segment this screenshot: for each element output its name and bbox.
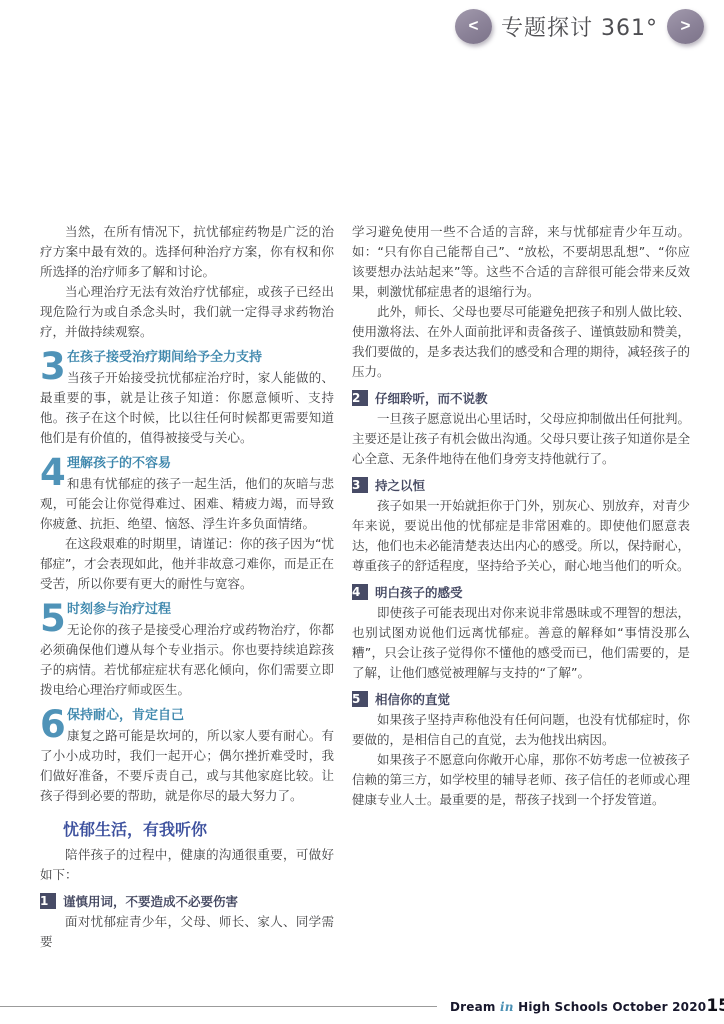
paragraph: 当心理治疗无法有效治疗忧郁症，或孩子已经出现危险行为或自杀念头时，我们就一定得寻… <box>40 282 334 342</box>
footer-rule <box>0 1006 437 1007</box>
tip-heading: 3持之以恒 <box>352 476 690 496</box>
section-title: 理解孩子的不容易 <box>40 454 334 474</box>
tip-item: 3持之以恒孩子如果一开始就拒你于门外，别灰心、别放弃，对青少年来说，要说出他的忧… <box>352 476 690 576</box>
tip-paragraph: 一旦孩子愿意说出心里话时，父母应抑制做出任何批判。主要还是让孩子有机会做出沟通。… <box>352 409 690 469</box>
numbered-section: 5时刻参与治疗过程无论你的孩子是接受心理治疗或药物治疗，你都必须确保他们遵从每个… <box>40 600 334 700</box>
tip-title: 相信你的直觉 <box>375 692 450 707</box>
tip-item: 1谨慎用词，不要造成不必要伤害面对忧郁症青少年，父母、师长、家人、同学需要 <box>40 892 334 952</box>
tip-heading: 2仔细聆听，而不说教 <box>352 389 690 409</box>
tip-heading: 5相信你的直觉 <box>352 690 690 710</box>
tip-item: 4明白孩子的感受即使孩子可能表现出对你来说非常愚昧或不理智的想法，也别试图劝说他… <box>352 583 690 683</box>
paragraph: 陪伴孩子的过程中，健康的沟通很重要，可做好如下： <box>40 845 334 885</box>
chevron-left-icon: < <box>469 16 479 36</box>
section-title: 在孩子接受治疗期间给予全力支持 <box>40 348 334 368</box>
numbered-section: 6保持耐心，肯定自己康复之路可能是坎坷的，所以家人要有耐心。有了小小成功时，我们… <box>40 706 334 806</box>
magazine-page: < 专题探讨 361° > 当然，在所有情况下，抗忧郁症药物是广泛的治疗方案中最… <box>0 0 724 1024</box>
tip-paragraph: 即使孩子可能表现出对你来说非常愚昧或不理智的想法，也别试图劝说他们远离忧郁症。善… <box>352 603 690 683</box>
paragraph: 当然，在所有情况下，抗忧郁症药物是广泛的治疗方案中最有效的。选择何种治疗方案，你… <box>40 222 334 282</box>
magazine-title: Dream in High Schools October 2020 <box>450 1000 706 1014</box>
tip-number-badge: 2 <box>352 390 368 406</box>
paragraph: 此外，师长、父母也要尽可能避免把孩子和别人做比较、使用激将法、在外人面前批评和责… <box>352 302 690 382</box>
section-paragraph: 无论你的孩子是接受心理治疗或药物治疗，你都必须确保他们遵从每个专业指示。你也要持… <box>40 620 334 700</box>
sub-heading: 忧郁生活，有我听你 <box>40 819 334 841</box>
section-title: 时刻参与治疗过程 <box>40 600 334 620</box>
section-number: 4 <box>40 454 67 491</box>
numbered-section: 3在孩子接受治疗期间给予全力支持当孩子开始接受抗忧郁症治疗时，家人能做的、最重要… <box>40 348 334 448</box>
tip-item: 5相信你的直觉如果孩子坚持声称他没有任何问题，也没有忧郁症时，你要做的，是相信自… <box>352 690 690 810</box>
tip-paragraph: 面对忧郁症青少年，父母、师长、家人、同学需要 <box>40 912 334 952</box>
magazine-title-post: High Schools October 2020 <box>518 1000 706 1014</box>
page-footer: Dream in High Schools October 2020 15 <box>0 998 724 1015</box>
tip-number-badge: 3 <box>352 477 368 493</box>
magazine-title-pre: Dream <box>450 1000 496 1014</box>
numbered-section: 4理解孩子的不容易和患有忧郁症的孩子一起生活，他们的灰暗与悲观，可能会让你觉得难… <box>40 454 334 594</box>
tip-title: 仔细聆听，而不说教 <box>375 391 488 406</box>
tip-number-badge: 4 <box>352 584 368 600</box>
section-paragraph: 在这段艰难的时期里，请谨记：你的孩子因为“忧郁症”，才会表现如此，他并非故意刁难… <box>40 534 334 594</box>
tip-title: 持之以恒 <box>375 478 425 493</box>
magazine-title-italic: in <box>500 1000 514 1014</box>
tip-item: 2仔细聆听，而不说教一旦孩子愿意说出心里话时，父母应抑制做出任何批判。主要还是让… <box>352 389 690 469</box>
tip-paragraph: 孩子如果一开始就拒你于门外，别灰心、别放弃，对青少年来说，要说出他的忧郁症是非常… <box>352 496 690 576</box>
section-number: 5 <box>40 600 67 637</box>
page-number: 15 <box>706 998 724 1015</box>
section-paragraph: 和患有忧郁症的孩子一起生活，他们的灰暗与悲观，可能会让你觉得难过、困难、精疲力竭… <box>40 474 334 534</box>
next-page-button[interactable]: > <box>667 9 704 44</box>
section-number: 3 <box>40 348 67 385</box>
section-number: 6 <box>40 706 67 743</box>
chevron-right-icon: > <box>681 16 691 36</box>
section-title: 保持耐心，肯定自己 <box>40 706 334 726</box>
section-paragraph: 康复之路可能是坎坷的，所以家人要有耐心。有了小小成功时，我们一起开心；偶尔挫折难… <box>40 726 334 806</box>
tip-paragraph: 如果孩子不愿意向你敞开心扉，那你不妨考虑一位被孩子信赖的第三方，如学校里的辅导老… <box>352 750 690 810</box>
section-banner-title: 专题探讨 361° <box>501 11 658 42</box>
tip-heading: 1谨慎用词，不要造成不必要伤害 <box>40 892 334 912</box>
tip-heading: 4明白孩子的感受 <box>352 583 690 603</box>
tip-title: 明白孩子的感受 <box>375 585 463 600</box>
tip-number-badge: 1 <box>40 893 56 909</box>
page-header: < 专题探讨 361° > <box>455 9 704 44</box>
tip-paragraph: 如果孩子坚持声称他没有任何问题，也没有忧郁症时，你要做的，是相信自己的直觉，去为… <box>352 710 690 750</box>
section-paragraph: 当孩子开始接受抗忧郁症治疗时，家人能做的、最重要的事，就是让孩子知道：你愿意倾听… <box>40 368 334 448</box>
paragraph: 学习避免使用一些不合适的言辞，来与忧郁症青少年互动。如：“只有你自己能帮自己”、… <box>352 222 690 302</box>
tip-title: 谨慎用词，不要造成不必要伤害 <box>63 894 238 909</box>
left-column: 当然，在所有情况下，抗忧郁症药物是广泛的治疗方案中最有效的。选择何种治疗方案，你… <box>40 222 334 952</box>
right-column: 学习避免使用一些不合适的言辞，来与忧郁症青少年互动。如：“只有你自己能帮自己”、… <box>352 222 690 810</box>
tip-number-badge: 5 <box>352 691 368 707</box>
prev-page-button[interactable]: < <box>455 9 492 44</box>
